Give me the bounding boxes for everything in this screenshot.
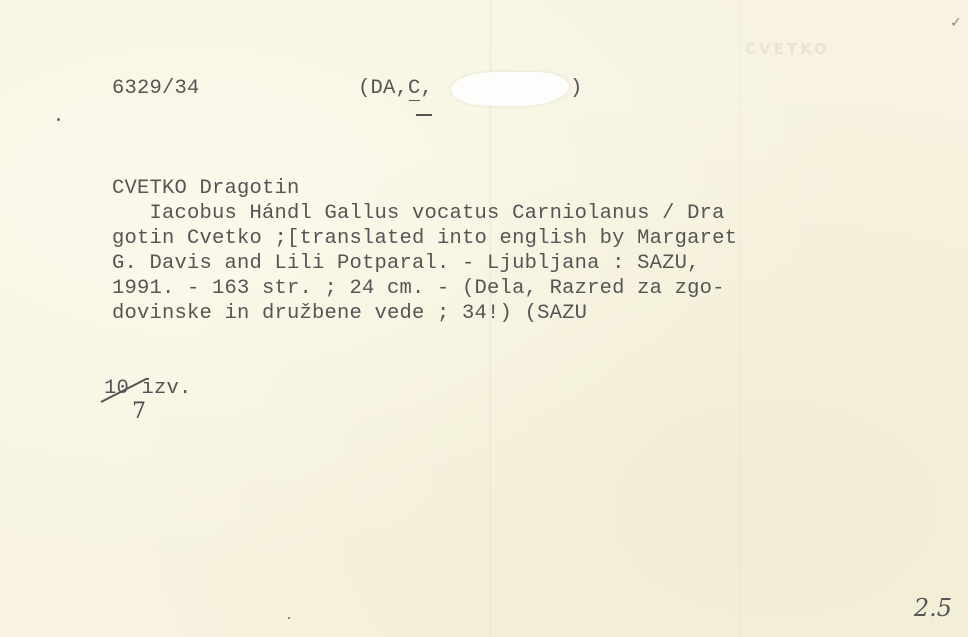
shelf-code-separator: ,	[421, 77, 434, 100]
double-underline-mark	[416, 114, 432, 116]
call-number: 6329/34	[112, 76, 200, 101]
check-mark-icon: ✓	[950, 15, 962, 31]
bibliographic-description: Iacobus Hándl Gallus vocatus Carniolanus…	[112, 201, 737, 326]
paper-speck	[288, 617, 290, 619]
copies-count: 10 izv.	[104, 376, 192, 401]
description-line: dovinske in družbene vede ; 34!) (SAZU	[112, 301, 737, 326]
shelf-code-prefix: (DA,	[358, 77, 408, 100]
shelf-code-close: )	[570, 76, 583, 101]
page-mark: 2.5	[914, 594, 952, 622]
description-line: 1991. - 163 str. ; 24 cm. - (Dela, Razre…	[112, 276, 737, 301]
paper-speck	[57, 118, 60, 121]
main-entry-heading: CVETKO Dragotin	[112, 176, 300, 201]
description-line: gotin Cvetko ;[translated into english b…	[112, 226, 737, 251]
redaction-whiteout	[451, 72, 569, 106]
shelf-code-underlined: C	[408, 77, 421, 100]
faint-stamp-text: CVETKO	[745, 40, 830, 58]
description-line: G. Davis and Lili Potparal. - Ljubljana …	[112, 251, 737, 276]
catalog-card: CVETKO ✓ 6329/34 (DA,C, ) CVETKO Dragoti…	[0, 0, 968, 637]
handwritten-copies-correction: 7	[132, 399, 146, 424]
description-line: Iacobus Hándl Gallus vocatus Carniolanus…	[112, 201, 737, 226]
copies-label: izv.	[142, 377, 192, 400]
shelf-code: (DA,C,	[358, 76, 433, 101]
